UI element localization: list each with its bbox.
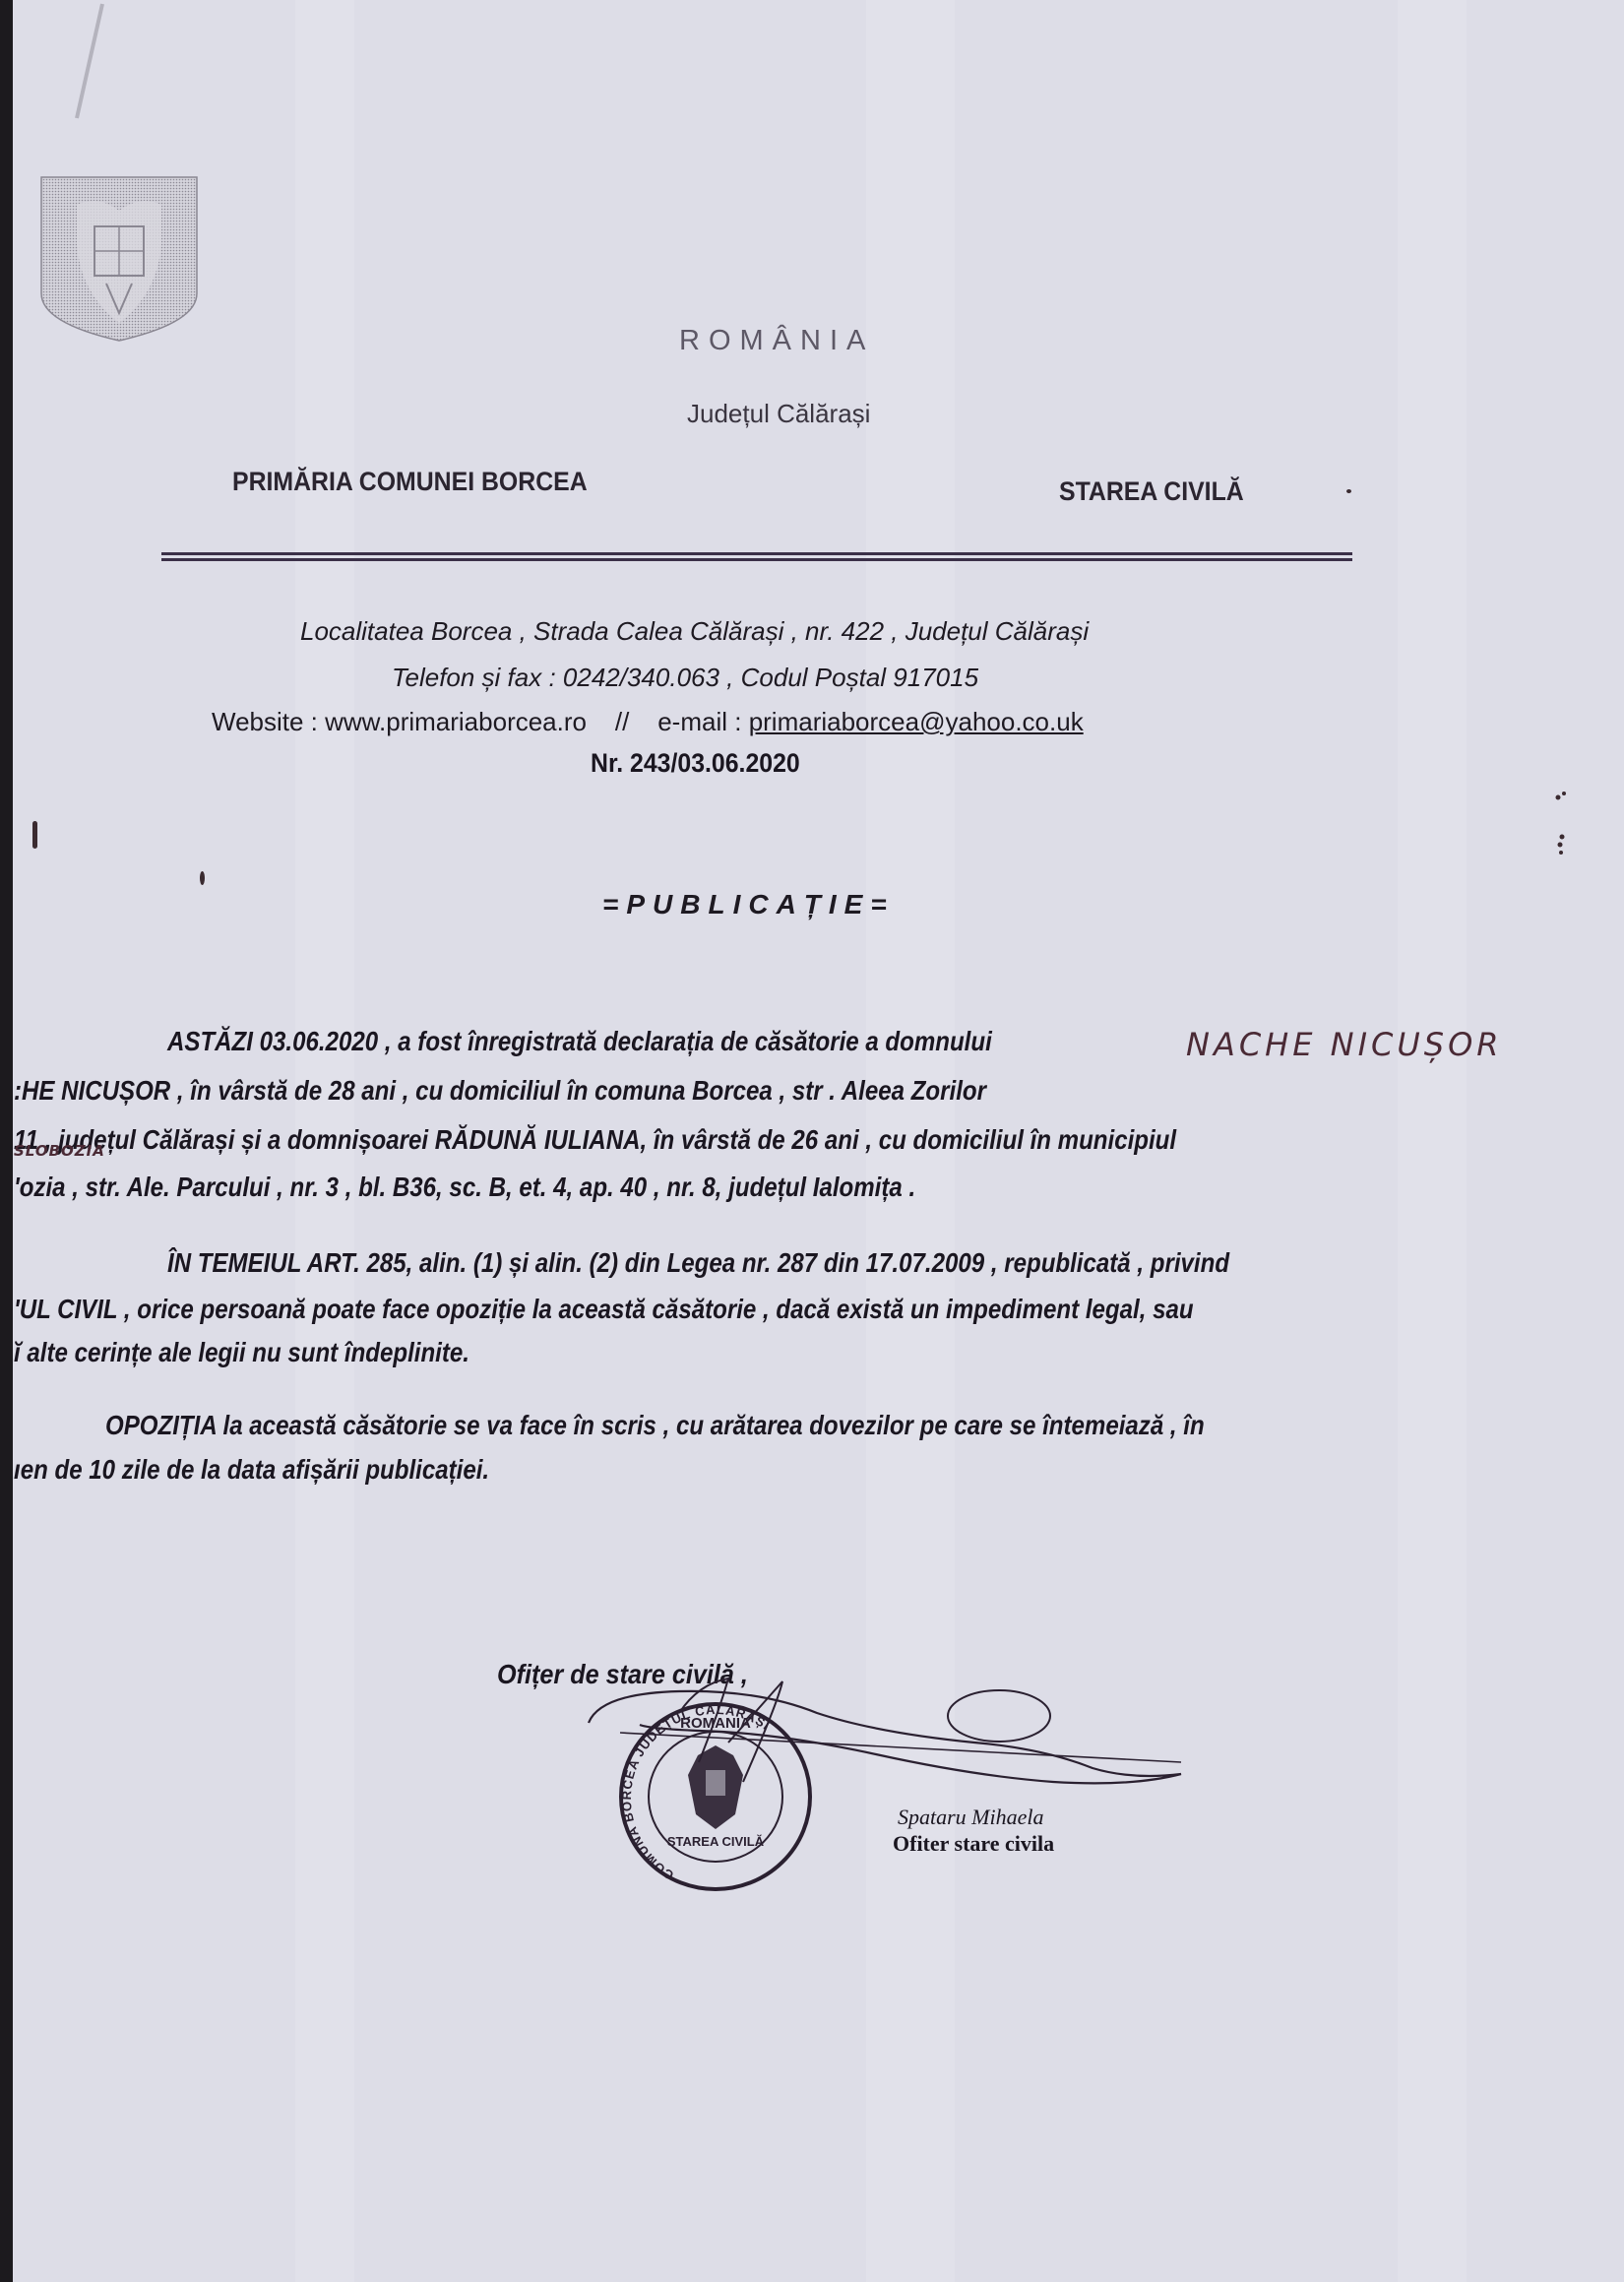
handwritten-signature <box>581 1674 1191 1821</box>
speck <box>32 821 37 849</box>
country-heading: ROMÂNIA <box>679 325 874 357</box>
scan-edge <box>0 0 13 2282</box>
paragraph-1-line: :HE NICUȘOR , în vârstă de 28 ani , cu d… <box>14 1075 986 1107</box>
website-label: Website : www.primariaborcea.ro // e-mai… <box>212 707 749 736</box>
document-title: =PUBLICAȚIE= <box>602 889 895 920</box>
stamp-center-text: STAREA CIVILĂ <box>667 1834 765 1849</box>
email-link[interactable]: primariaborcea@yahoo.co.uk <box>749 707 1084 736</box>
paragraph-1-line: 'ozia , str. Ale. Parcului , nr. 3 , bl.… <box>14 1172 915 1203</box>
crest-icon <box>39 175 199 343</box>
handwritten-groom-name: NACHE NICUȘOR <box>1186 1026 1503 1063</box>
header-rule <box>161 552 1352 555</box>
official-name: Spataru Mihaela <box>898 1805 1044 1830</box>
county-heading: Județul Călărași <box>687 399 870 429</box>
address-line: Localitatea Borcea , Strada Calea Călăra… <box>300 616 1089 647</box>
handwritten-city-annotation: SLOBOZIA <box>14 1142 105 1160</box>
speck <box>200 871 205 885</box>
paragraph-2-line: ÎN TEMEIUL ART. 285, alin. (1) și alin. … <box>167 1247 1229 1279</box>
paragraph-3-line: ıen de 10 zile de la data afișării publi… <box>14 1454 489 1486</box>
paragraph-3-line: OPOZIȚIA la această căsătorie se va face… <box>105 1410 1205 1441</box>
paper-texture <box>1398 0 1467 2282</box>
official-title: Ofiter stare civila <box>893 1831 1054 1857</box>
paragraph-1-line: ASTĂZI 03.06.2020 , a fost înregistrată … <box>167 1026 992 1057</box>
paragraph-2-line: ĭ alte cerințe ale legii nu sunt îndepli… <box>14 1337 469 1368</box>
website-line: Website : www.primariaborcea.ro // e-mai… <box>212 707 1084 737</box>
institution-name: PRIMĂRIA COMUNEI BORCEA <box>232 467 588 497</box>
paragraph-1-line: 11 , județul Călărași și a domnișoarei R… <box>14 1124 1176 1156</box>
stray-mark <box>59 0 118 128</box>
ink-marks <box>1550 788 1580 866</box>
speck <box>1346 489 1351 493</box>
phone-line: Telefon și fax : 0242/340.063 , Codul Po… <box>392 663 978 693</box>
header-rule <box>161 558 1352 561</box>
paragraph-2-line: 'UL CIVIL , orice persoană poate face op… <box>14 1294 1194 1325</box>
reference-number: Nr. 243/03.06.2020 <box>591 748 800 779</box>
department-name: STAREA CIVILĂ <box>1059 476 1244 507</box>
